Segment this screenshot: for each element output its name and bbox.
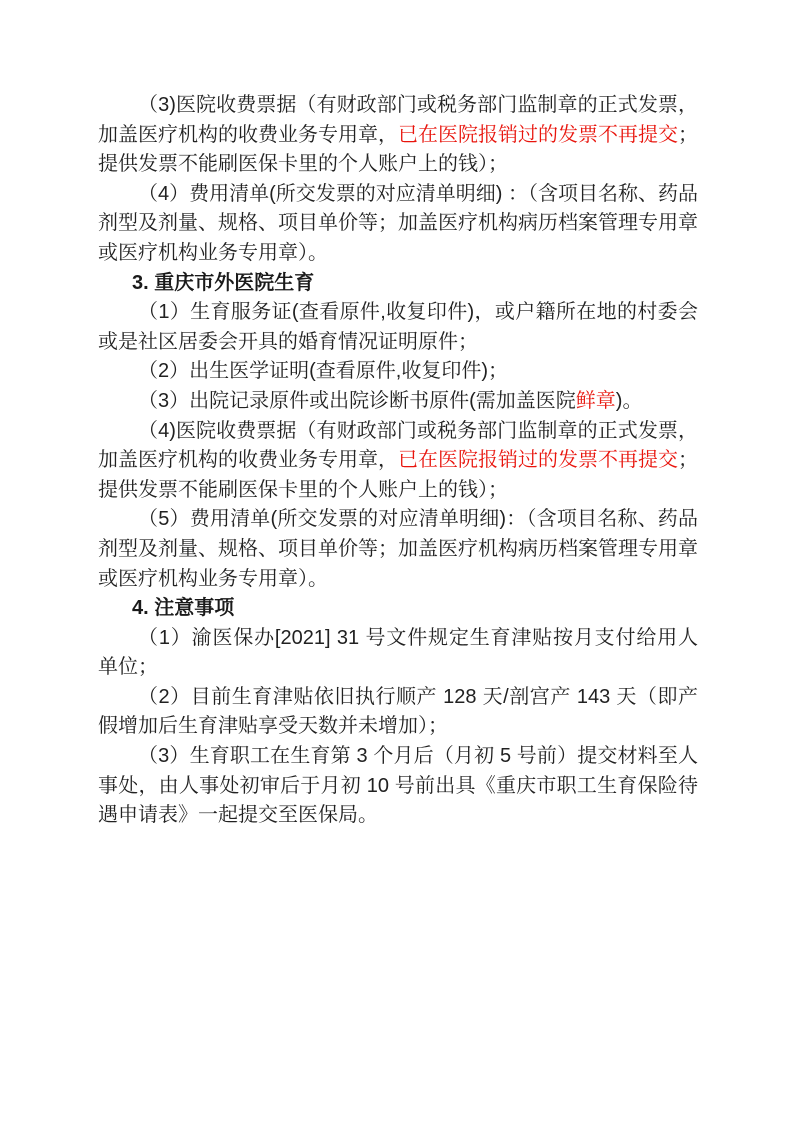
paragraph: （3）出院记录原件或出院诊断书原件(需加盖医院鲜章)。: [98, 387, 698, 417]
text-segment: （2）出生医学证明(查看原件,收复印件)；: [138, 360, 508, 382]
highlighted-text: 已在医院报销过的发票不再提交: [398, 124, 678, 146]
highlighted-text: 已在医院报销过的发票不再提交: [398, 449, 678, 471]
text-segment: （1）渝医保办[2021] 31 号文件规定生育津贴按月支付给用人单位；: [98, 627, 698, 679]
text-segment: （3）生育职工在生育第 3 个月后（月初 5 号前）提交材料至人事处，由人事处初…: [98, 745, 698, 826]
text-segment: （5）费用清单(所交发票的对应清单明细)：（含项目名称、药品剂型及剂量、规格、项…: [98, 508, 698, 589]
text-segment: （1）生育服务证(查看原件,收复印件)，或户籍所在地的村委会或是社区居委会开具的…: [98, 301, 698, 353]
paragraph: （4）费用清单(所交发票的对应清单明细) ：（含项目名称、药品剂型及剂量、规格、…: [98, 180, 698, 269]
text-segment: （4）费用清单(所交发票的对应清单明细) ：（含项目名称、药品剂型及剂量、规格、…: [98, 183, 698, 264]
document-page: （3)医院收费票据（有财政部门或税务部门监制章的正式发票，加盖医疗机构的收费业务…: [0, 0, 793, 1122]
paragraph: （3)医院收费票据（有财政部门或税务部门监制章的正式发票，加盖医疗机构的收费业务…: [98, 91, 698, 180]
paragraph: （4)医院收费票据（有财政部门或税务部门监制章的正式发票，加盖医疗机构的收费业务…: [98, 417, 698, 506]
text-segment: 3. 重庆市外医院生育: [132, 272, 314, 294]
text-segment: （2）目前生育津贴依旧执行顺产 128 天/剖宫产 143 天（即产假增加后生育…: [98, 686, 698, 738]
document-content: （3)医院收费票据（有财政部门或税务部门监制章的正式发票，加盖医疗机构的收费业务…: [98, 91, 698, 831]
paragraph: （2）目前生育津贴依旧执行顺产 128 天/剖宫产 143 天（即产假增加后生育…: [98, 683, 698, 742]
paragraph: （5）费用清单(所交发票的对应清单明细)：（含项目名称、药品剂型及剂量、规格、项…: [98, 505, 698, 594]
paragraph: （1）渝医保办[2021] 31 号文件规定生育津贴按月支付给用人单位；: [98, 624, 698, 683]
text-segment: )。: [616, 390, 643, 412]
text-segment: （3）出院记录原件或出院诊断书原件(需加盖医院: [138, 390, 576, 412]
paragraph: （3）生育职工在生育第 3 个月后（月初 5 号前）提交材料至人事处，由人事处初…: [98, 742, 698, 831]
section-heading: 3. 重庆市外医院生育: [98, 269, 698, 299]
paragraph: （1）生育服务证(查看原件,收复印件)，或户籍所在地的村委会或是社区居委会开具的…: [98, 298, 698, 357]
section-heading: 4. 注意事项: [98, 594, 698, 624]
text-segment: 4. 注意事项: [132, 597, 234, 619]
highlighted-text: 鲜章: [576, 390, 616, 412]
paragraph: （2）出生医学证明(查看原件,收复印件)；: [98, 357, 698, 387]
